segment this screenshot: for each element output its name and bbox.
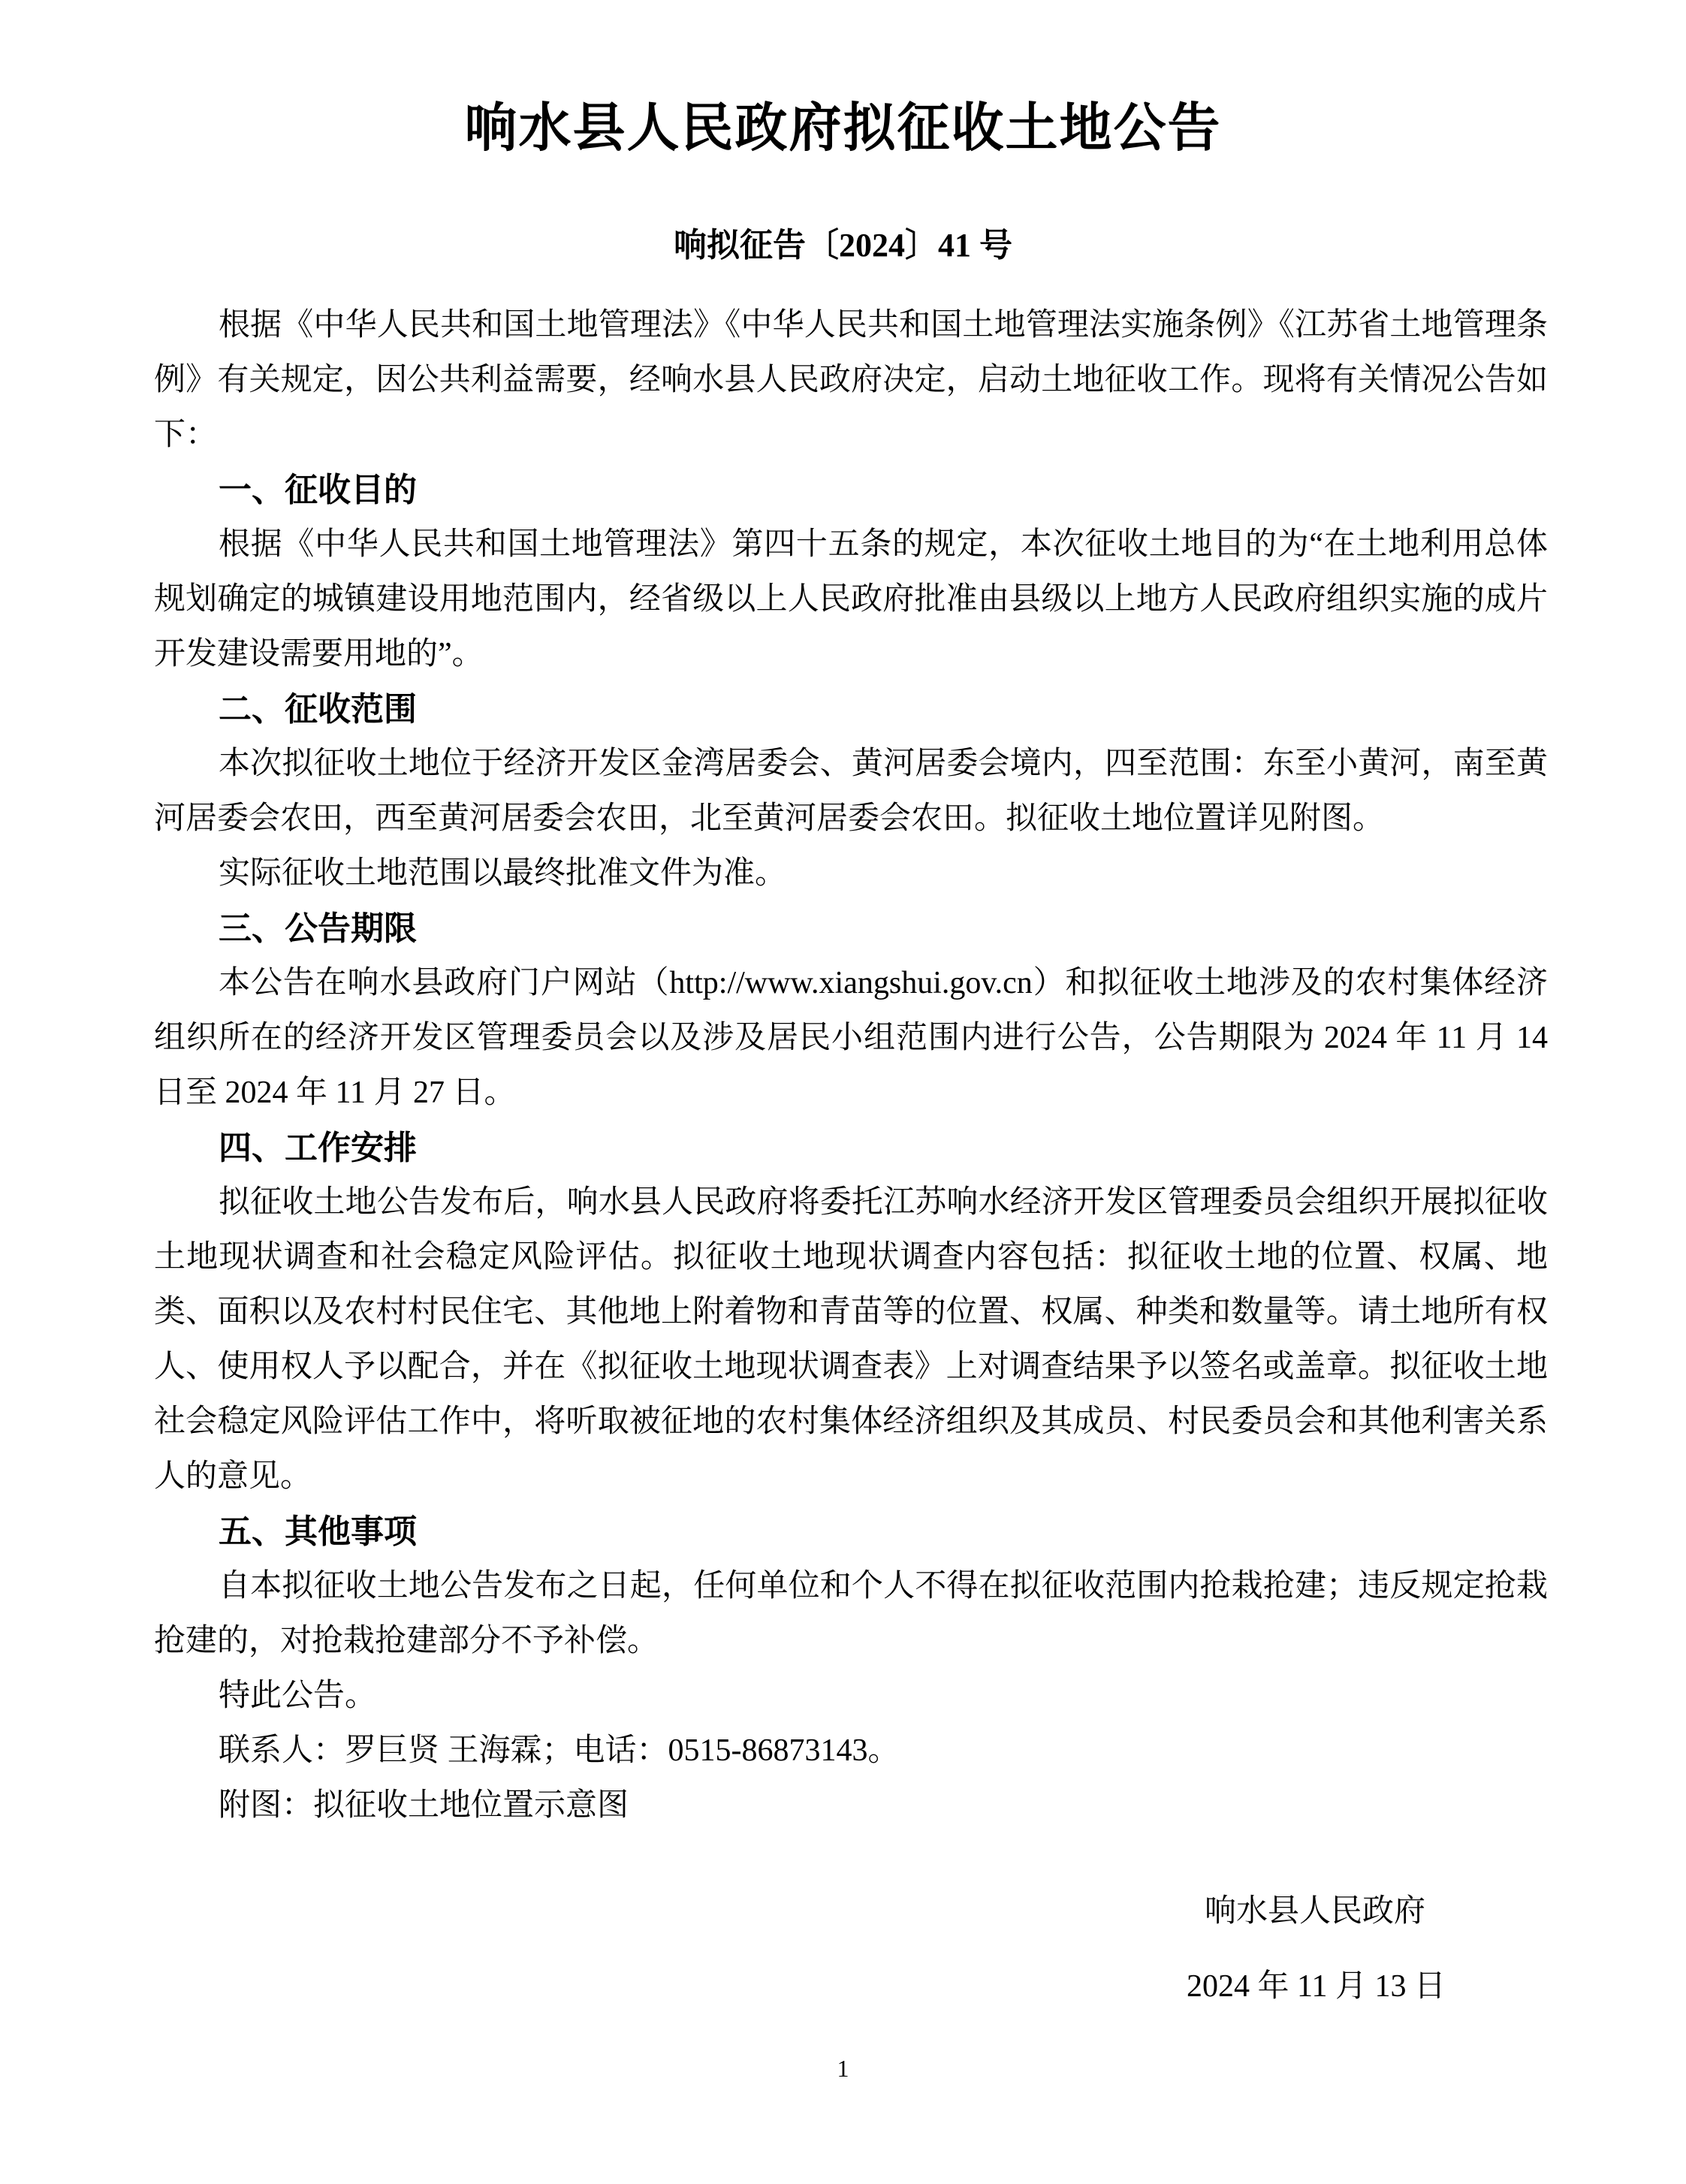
paragraph-other: 自本拟征收土地公告发布之日起，任何单位和个人不得在拟征收范围内抢栽抢建；违反规定… bbox=[154, 1559, 1548, 1669]
paragraph-arrangement: 拟征收土地公告发布后，响水县人民政府将委托江苏响水经济开发区管理委员会组织开展拟… bbox=[154, 1175, 1548, 1504]
paragraph-purpose: 根据《中华人民共和国土地管理法》第四十五条的规定，本次征收土地目的为“在土地利用… bbox=[154, 517, 1548, 682]
signature-block: 响水县人民政府 2024 年 11 月 13 日 bbox=[0, 1874, 1686, 2024]
page-number: 1 bbox=[0, 2052, 1686, 2085]
paragraph-contact: 联系人：罗巨贤 王海霖；电话：0515-86873143。 bbox=[154, 1724, 1548, 1778]
document-body: 根据《中华人民共和国土地管理法》《中华人民共和国土地管理法实施条例》《江苏省土地… bbox=[154, 298, 1548, 1833]
issuer-name: 响水县人民政府 bbox=[0, 1874, 1686, 1949]
paragraph-period: 本公告在响水县政府门户网站（http://www.xiangshui.gov.c… bbox=[154, 956, 1548, 1121]
section-heading-arrangement: 四、工作安排 bbox=[154, 1121, 1548, 1175]
document-number: 响拟征告〔2024〕41 号 bbox=[0, 222, 1686, 269]
paragraph-hereby: 特此公告。 bbox=[154, 1669, 1548, 1724]
paragraph-scope-note: 实际征收土地范围以最终批准文件为准。 bbox=[154, 846, 1548, 901]
paragraph-attachment: 附图：拟征收土地位置示意图 bbox=[154, 1778, 1548, 1833]
paragraph-intro: 根据《中华人民共和国土地管理法》《中华人民共和国土地管理法实施条例》《江苏省土地… bbox=[154, 298, 1548, 463]
document-title: 响水县人民政府拟征收土地公告 bbox=[0, 92, 1686, 164]
section-heading-scope: 二、征收范围 bbox=[154, 682, 1548, 737]
section-heading-other: 五、其他事项 bbox=[154, 1504, 1548, 1559]
section-heading-purpose: 一、征收目的 bbox=[154, 463, 1548, 517]
issue-date: 2024 年 11 月 13 日 bbox=[0, 1949, 1686, 2024]
paragraph-scope: 本次拟征收土地位于经济开发区金湾居委会、黄河居委会境内，四至范围：东至小黄河，南… bbox=[154, 737, 1548, 846]
document-page: 响水县人民政府拟征收土地公告 响拟征告〔2024〕41 号 根据《中华人民共和国… bbox=[0, 0, 1686, 2184]
section-heading-period: 三、公告期限 bbox=[154, 901, 1548, 956]
